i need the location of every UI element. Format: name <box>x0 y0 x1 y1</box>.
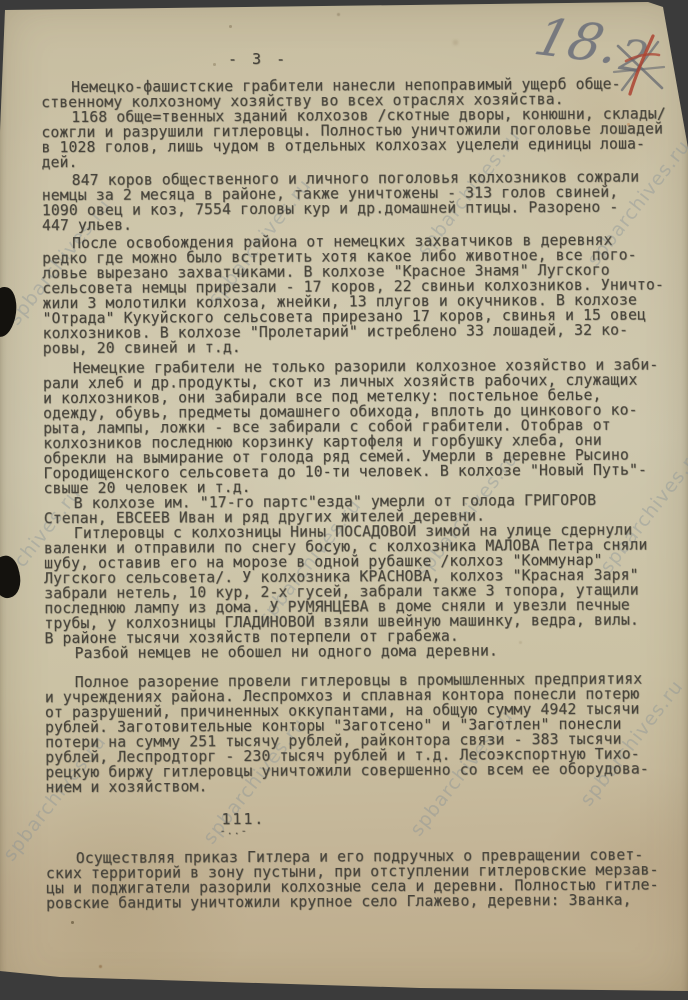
paragraph: Полное разорение провели гитлеровцы в пр… <box>45 671 686 795</box>
paragraph: Гитлеровцы с колхозницы Нины ПОСАДОВОЙ з… <box>44 522 685 646</box>
page-number: - 3 - <box>228 50 288 68</box>
hole-punch <box>0 553 25 601</box>
paragraph: После освобождения района от немецких за… <box>42 232 683 356</box>
scan-background: spbarchives.ru spbarchives.ru spbarchive… <box>0 0 688 1000</box>
paragraph: Немецкие грабители не только разорили ко… <box>43 357 684 496</box>
paper-stains <box>0 0 1 1</box>
paragraph: Разбой немцев не обошел ни одного дома д… <box>45 642 685 661</box>
hole-punch <box>0 286 19 339</box>
paragraph: 847 коров общественного и личного поголо… <box>42 169 682 233</box>
section-underline: -..- <box>220 824 686 836</box>
typewritten-text: Немецко-фашистские грабители нанесли неп… <box>41 76 686 911</box>
document-page: spbarchives.ru spbarchives.ru spbarchive… <box>0 0 688 1000</box>
paragraph: 1168 обще=твенных зданий колхозов /скотн… <box>41 106 681 170</box>
paragraph: Осуществляя приказ Гитлера и его подручн… <box>46 847 686 911</box>
